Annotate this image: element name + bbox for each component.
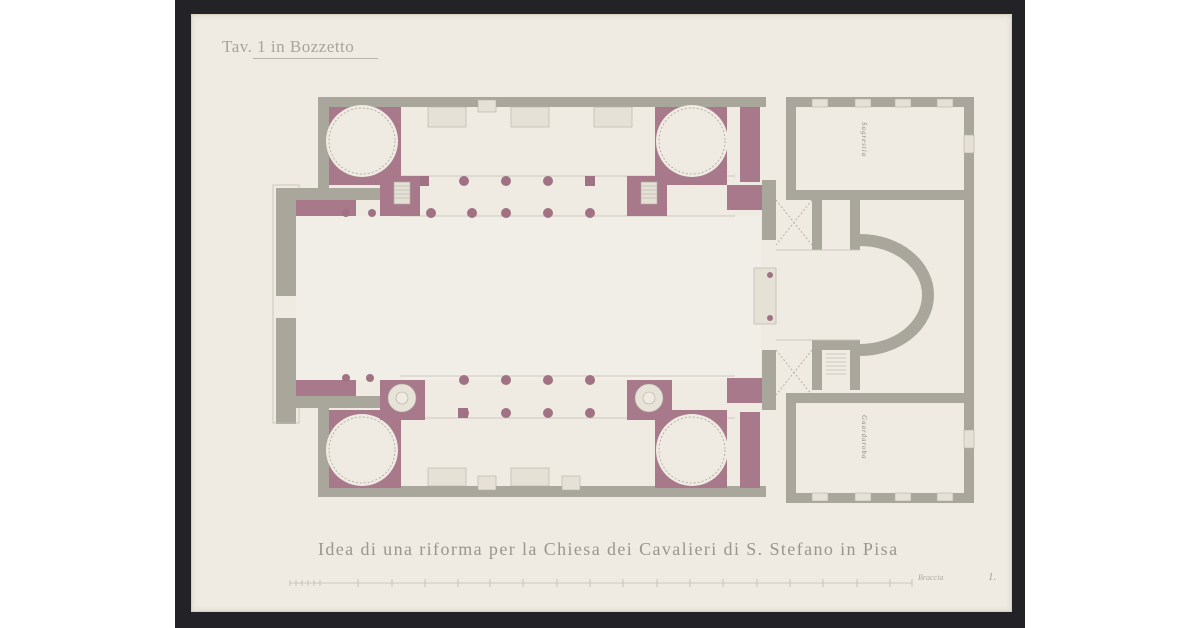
scale-caption: Braccia xyxy=(918,573,943,582)
plate-number: 1. xyxy=(988,571,996,583)
scale-bar xyxy=(0,0,1200,628)
